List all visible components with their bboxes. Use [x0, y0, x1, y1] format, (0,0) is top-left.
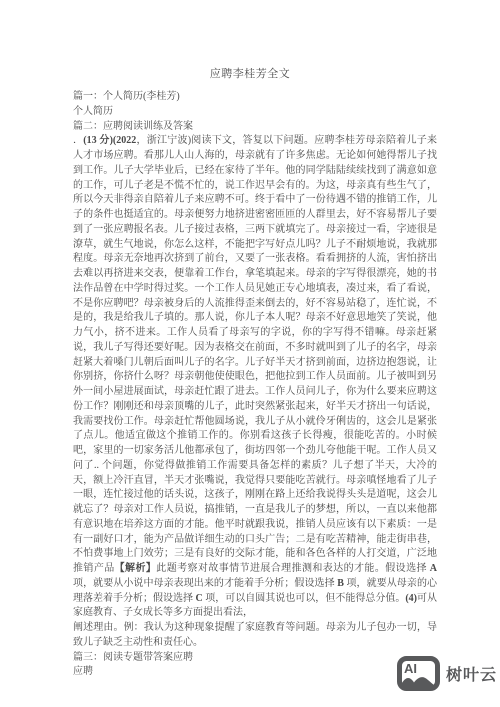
watermark-brand-text: 树叶云: [446, 662, 497, 685]
svg-text:AI: AI: [404, 661, 417, 676]
text-run: ．: [73, 135, 83, 146]
text-run: 阐述理由。例：我认为这种现象提醒了家庭教育等问题。母亲为儿子包办一切，导致儿子缺…: [73, 622, 437, 648]
text-run: 篇二：应聘阅读训练及答案: [73, 121, 193, 132]
paragraph: 个人简历: [73, 105, 437, 120]
bold-text-run: B: [337, 578, 344, 589]
paragraph: ．(13 分)(2022，浙江宁波)阅读下文，答复以下问题。应聘李桂芳母亲陪着儿…: [73, 134, 437, 621]
text-run: 项，可以自圆其说也可以，但不能得总分值。: [203, 593, 406, 604]
document-body: 篇一：个人简历(李桂芳)个人简历篇二：应聘阅读训练及答案．(13 分)(2022…: [73, 90, 437, 680]
bold-text-run: C: [196, 593, 203, 604]
ai-photo-logo-icon: AI: [397, 656, 440, 691]
bold-text-run: (4): [405, 593, 417, 604]
text-run: 此题考察对故事情节进展合理推测和表达的才能。假设选择: [156, 563, 430, 574]
text-run: 应聘: [73, 666, 93, 677]
text-run: 篇一：个人简历(李桂芳): [73, 91, 180, 102]
watermark: AI 树叶云: [397, 656, 497, 691]
bold-text-run: (13 分)(2022: [83, 135, 136, 146]
document-page: 应聘李桂芳全文 篇一：个人简历(李桂芳)个人简历篇二：应聘阅读训练及答案．(13…: [0, 0, 500, 707]
paragraph: 应聘: [73, 665, 437, 680]
paragraph: 阐述理由。例：我认为这种现象提醒了家庭教育等问题。母亲为儿子包办一切，导致儿子缺…: [73, 621, 437, 651]
text-run: 篇三：阅读专题带答案应聘: [73, 652, 193, 663]
text-run: ，浙江宁波)阅读下文，答复以下问题。应聘李桂芳母亲陪着儿子来人才市场应聘。看那儿…: [73, 135, 437, 574]
bold-text-run: A: [430, 563, 437, 574]
paragraph: 篇二：应聘阅读训练及答案: [73, 120, 437, 135]
bold-text-run: 【解析】: [115, 563, 157, 574]
document-title: 应聘李桂芳全文: [0, 0, 500, 81]
text-run: 个人简历: [73, 106, 113, 117]
paragraph: 篇三：阅读专题带答案应聘: [73, 651, 437, 666]
paragraph: 篇一：个人简历(李桂芳): [73, 90, 437, 105]
text-run: 项，就要从小说中母亲表现出来的才能着手分析；假设选择: [73, 578, 337, 589]
